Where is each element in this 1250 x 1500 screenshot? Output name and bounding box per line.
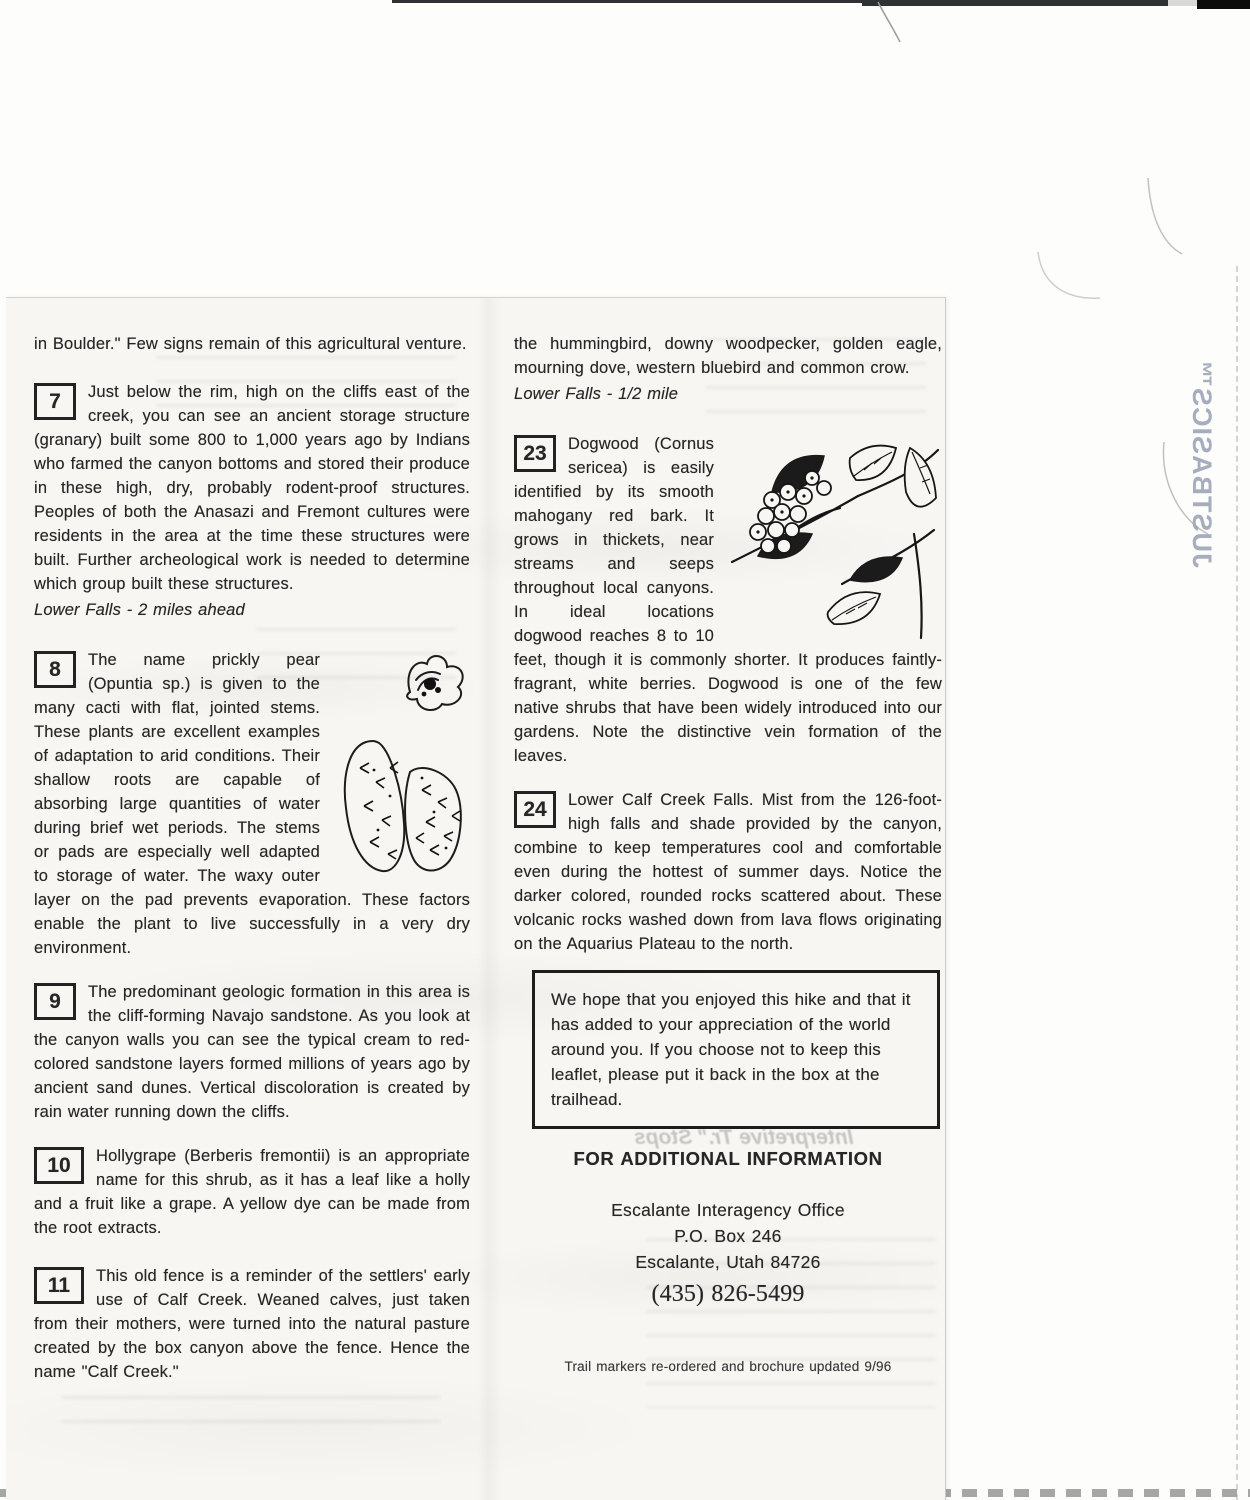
- intro-paragraph-right: the hummingbird, downy woodpecker, golde…: [514, 332, 942, 380]
- trail-stop-9: 9 The predominant geologic formation in …: [34, 980, 470, 1124]
- watermark-text: JUSTBASICS™: [1187, 358, 1218, 567]
- stop-7-number-box: 7: [34, 383, 76, 420]
- trail-stop-11: 11 This old fence is a reminder of the s…: [34, 1264, 470, 1384]
- office-name: Escalante Interagency Office: [514, 1197, 942, 1223]
- stop-9-number-box: 9: [34, 983, 76, 1020]
- closing-message-box: We hope that you enjoyed this hike and t…: [532, 970, 940, 1129]
- dogwood-branch-illustration: [724, 434, 942, 640]
- scanner-edge-strip: [1197, 0, 1250, 9]
- stop-10-text: Hollygrape (Berberis fremontii) is an ap…: [34, 1147, 470, 1237]
- stop-23-number-box: 23: [514, 435, 556, 472]
- trail-stop-24: 24 Lower Calf Creek Falls. Mist from the…: [514, 788, 942, 956]
- stop-24-text: Lower Calf Creek Falls. Mist from the 12…: [514, 791, 942, 953]
- stop-22-distance-note: Lower Falls - 1/2 mile: [514, 382, 942, 406]
- stop-7-text: Just below the rim, high on the cliffs e…: [34, 383, 470, 593]
- stop-10-number-box: 10: [34, 1147, 84, 1184]
- stop-11-number-box: 11: [34, 1267, 84, 1304]
- justbasics-watermark: JUSTBASICS™: [1162, 368, 1242, 558]
- scanner-edge-gap: [1168, 0, 1197, 6]
- brochure-page: Interpretive Tr." Stops in Boulder." Few…: [6, 297, 946, 1500]
- po-box: P.O. Box 246: [514, 1223, 942, 1249]
- showthrough-smudge: [61, 1396, 441, 1424]
- right-column: the hummingbird, downy woodpecker, golde…: [514, 332, 942, 1379]
- trail-stop-8: 8 The name prickly pear (Opuntia sp.) is…: [34, 648, 470, 960]
- phone-number: (435) 826-5499: [514, 1279, 942, 1309]
- intro-paragraph-left: in Boulder." Few signs remain of this ag…: [34, 332, 470, 356]
- stop-7-distance-note: Lower Falls - 2 miles ahead: [34, 598, 470, 622]
- trail-stop-7: 7 Just below the rim, high on the cliffs…: [34, 380, 470, 596]
- stop-24-number-box: 24: [514, 791, 556, 828]
- stop-9-text: The predominant geologic formation in th…: [34, 983, 470, 1121]
- trail-stop-23: 23 Dogwood (Cornus sericea) is easily id…: [514, 432, 942, 768]
- trail-stop-10: 10 Hollygrape (Berberis fremontii) is an…: [34, 1144, 470, 1240]
- stop-11-text: This old fence is a reminder of the sett…: [34, 1267, 470, 1381]
- left-column: in Boulder." Few signs remain of this ag…: [34, 332, 470, 1384]
- scanner-edge-strip: [862, 0, 1168, 6]
- city-state-zip: Escalante, Utah 84726: [514, 1249, 942, 1275]
- prickly-pear-cactus-illustration: [330, 650, 470, 874]
- scanner-edge-strip: [392, 0, 862, 3]
- additional-info-heading: FOR ADDITIONAL INFORMATION: [514, 1147, 942, 1171]
- stop-8-number-box: 8: [34, 651, 76, 688]
- brochure-update-note: Trail markers re-ordered and brochure up…: [514, 1355, 942, 1379]
